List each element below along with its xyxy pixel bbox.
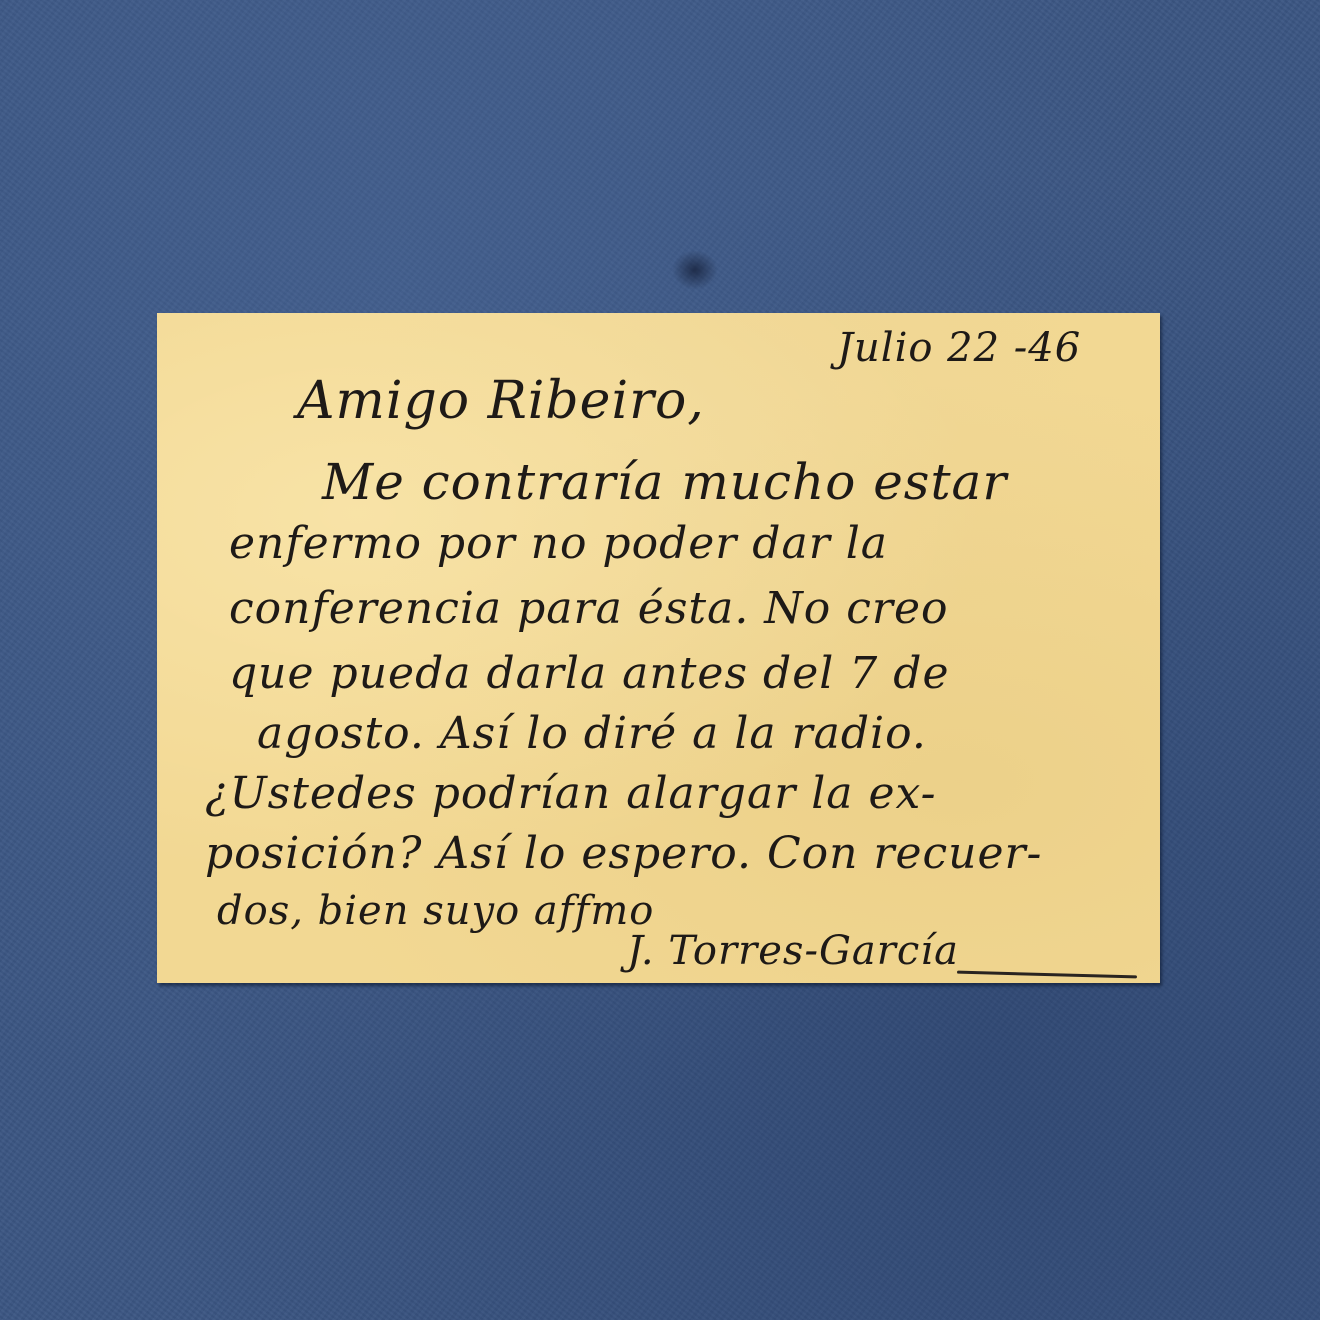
letter-body-line: conferencia para ésta. No creo [229, 583, 948, 634]
letter-salutation: Amigo Ribeiro, [297, 371, 705, 431]
letter-body-line: posición? Así lo espero. Con recuer- [205, 828, 1042, 879]
letter-closing: dos, bien suyo affmo [217, 888, 654, 934]
letter-body-line: ¿Ustedes podrían alargar la ex- [205, 768, 936, 819]
letter-signature: J. Torres-García [627, 928, 959, 974]
letter-body-line: enfermo por no poder dar la [229, 518, 888, 569]
handwritten-letter-card: Julio 22 -46 Amigo Ribeiro, Me contraría… [157, 313, 1160, 983]
letter-date: Julio 22 -46 [837, 325, 1081, 371]
ink-stain [672, 250, 718, 290]
letter-body-line: que pueda darla antes del 7 de [229, 648, 950, 699]
letter-content: Julio 22 -46 Amigo Ribeiro, Me contraría… [157, 313, 1160, 983]
letter-body-line: Me contraría mucho estar [322, 453, 1007, 511]
letter-body-line: agosto. Así lo diré a la radio. [257, 708, 927, 759]
signature-underline [957, 971, 1137, 979]
